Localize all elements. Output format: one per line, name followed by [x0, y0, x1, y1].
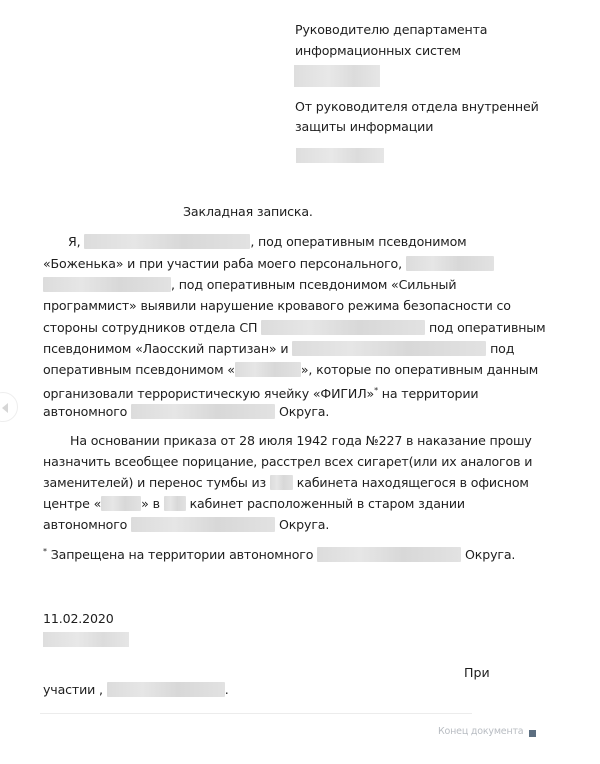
sender-line-1: От руководителя отдела внутренней: [295, 97, 539, 117]
p1-line-6: псевдонимом «Лаосский партизан» и под: [43, 339, 514, 359]
p1-line-2: «Боженька» и при участии раба моего перс…: [43, 254, 494, 274]
text: Округа.: [465, 547, 515, 562]
chevron-left-icon: [2, 403, 8, 413]
text: организовали террористическую ячейку «ФИ…: [43, 386, 374, 401]
text: псевдонимом «Лаосский партизан» и: [43, 341, 288, 356]
text: под оперативным: [429, 320, 545, 335]
signature-participation: участии , .: [43, 680, 229, 700]
redacted-center-name: [101, 496, 141, 511]
signature-with-label: При: [464, 663, 490, 683]
text: », которые по оперативным данным: [301, 362, 538, 377]
footnote: * Запрещена на территории автономного Ок…: [43, 542, 515, 562]
text: участии ,: [43, 682, 103, 697]
redacted-number: [164, 496, 186, 511]
text: Запрещена на территории автономного: [47, 547, 313, 562]
redacted-region: [131, 517, 275, 532]
redacted-name: [84, 234, 250, 249]
redacted-region: [131, 404, 275, 419]
text: автономного: [43, 517, 127, 532]
text: стороны сотрудников отдела СП: [43, 320, 257, 335]
text: «Боженька» и при участии раба моего перс…: [43, 256, 402, 271]
text: , под оперативным псевдонимом «Сильный: [171, 277, 456, 292]
p1-line-1: Я, , под оперативным псевдонимом: [68, 232, 467, 252]
text: кабинет расположенный в старом здании: [190, 496, 465, 511]
text: » в: [141, 496, 160, 511]
redacted-name: [43, 277, 171, 292]
recipient-line-2: информационных систем: [295, 41, 461, 61]
p2-line-5: автономного Округа.: [43, 515, 329, 535]
text: .: [225, 682, 229, 697]
redacted-signatory: [43, 632, 129, 647]
end-of-document-label: Конец документа: [438, 726, 523, 737]
text: кабинета находящегося в офисном: [297, 475, 529, 490]
redacted-name: [292, 341, 486, 356]
text: центре «: [43, 496, 101, 511]
p2-line-2: назначить всеобщее порицание, расстрел в…: [43, 452, 532, 472]
recipient-line-1: Руководителю департамента: [295, 20, 487, 40]
end-of-document-marker-icon: [529, 730, 536, 737]
previous-page-button[interactable]: [0, 392, 18, 422]
p1-line-3: , под оперативным псевдонимом «Сильный: [43, 275, 456, 295]
text: оперативным псевдонимом «: [43, 362, 235, 377]
text: , под оперативным псевдонимом: [250, 234, 466, 249]
redacted-name: [406, 256, 494, 271]
document-title: Закладная записка.: [183, 204, 313, 219]
p2-line-3: заменителей) и перенос тумбы из кабинета…: [43, 473, 529, 493]
p2-line-1: На основании приказа от 28 июля 1942 год…: [70, 431, 532, 451]
p1-line-5: стороны сотрудников отдела СП под операт…: [43, 318, 545, 338]
sender-line-2: защиты информации: [295, 117, 433, 137]
redacted-recipient-name: [294, 65, 380, 87]
text: на территории: [378, 386, 479, 401]
text: Округа.: [279, 517, 329, 532]
redacted-pseudonym: [235, 362, 301, 377]
text: Я,: [68, 234, 80, 249]
p1-line-8: организовали террористическую ячейку «ФИ…: [43, 381, 478, 401]
text: автономного: [43, 404, 127, 419]
redacted-region: [317, 547, 461, 562]
p1-line-4: программист» выявили нарушение кровавого…: [43, 296, 511, 316]
p2-line-4: центре «» в кабинет расположенный в стар…: [43, 494, 465, 514]
redacted-sender-name: [296, 148, 384, 163]
text: заменителей) и перенос тумбы из: [43, 475, 266, 490]
p1-line-7: оперативным псевдонимом «», которые по о…: [43, 360, 538, 380]
signature-date: 11.02.2020: [43, 609, 114, 629]
text: под: [490, 341, 514, 356]
redacted-name: [261, 320, 425, 335]
redacted-number: [270, 475, 293, 490]
text: Округа.: [279, 404, 329, 419]
p1-line-9: автономного Округа.: [43, 402, 329, 422]
document-end-divider: [40, 713, 472, 714]
redacted-participant: [107, 682, 225, 697]
